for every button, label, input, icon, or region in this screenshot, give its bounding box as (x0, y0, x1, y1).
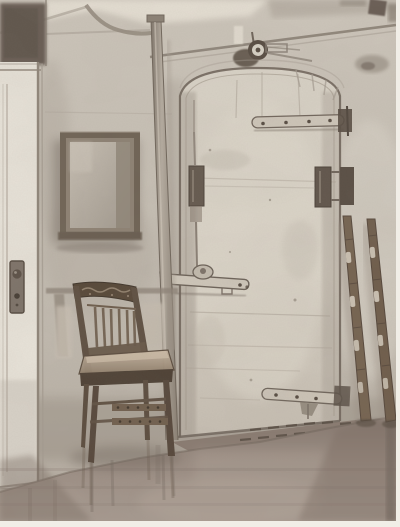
artwork-canvas: Charcoal drawing of a studio interior: l… (0, 0, 400, 527)
paper-grain (0, 0, 396, 521)
drawing-svg: Charcoal drawing of a studio interior: l… (0, 0, 400, 527)
